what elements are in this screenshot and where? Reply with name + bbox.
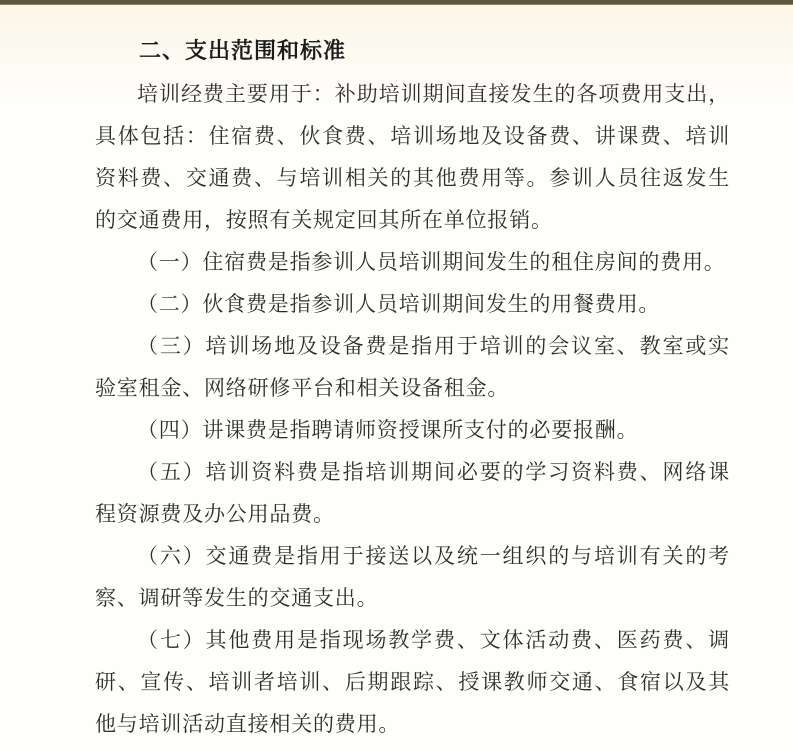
body-line: 研、宣传、培训者培训、后期跟踪、授课教师交通、食宿以及其	[95, 661, 730, 703]
body-line: （四）讲课费是指聘请师资授课所支付的必要报酬。	[95, 409, 730, 451]
body-line: 具体包括：住宿费、伙食费、培训场地及设备费、讲课费、培训	[95, 115, 730, 157]
body-line: （三）培训场地及设备费是指用于培训的会议室、教室或实	[95, 325, 730, 367]
body-line: （一）住宿费是指参训人员培训期间发生的租住房间的费用。	[95, 241, 730, 283]
body-line: 资料费、交通费、与培训相关的其他费用等。参训人员往返发生	[95, 157, 730, 199]
document-content: 二、支出范围和标准 培训经费主要用于：补助培训期间直接发生的各项费用支出， 具体…	[0, 5, 793, 745]
body-line: 的交通费用，按照有关规定回其所在单位报销。	[95, 199, 730, 241]
body-line: 他与培训活动直接相关的费用。	[95, 703, 730, 745]
body-line: （七）其他费用是指现场教学费、文体活动费、医药费、调	[95, 619, 730, 661]
body-line: （六）交通费是指用于接送以及统一组织的与培训有关的考	[95, 535, 730, 577]
section-heading: 二、支出范围和标准	[95, 29, 730, 73]
body-line: 培训经费主要用于：补助培训期间直接发生的各项费用支出，	[95, 73, 730, 115]
body-line: 察、调研等发生的交通支出。	[95, 577, 730, 619]
document-page: 二、支出范围和标准 培训经费主要用于：补助培训期间直接发生的各项费用支出， 具体…	[0, 0, 793, 753]
body-line: 程资源费及办公用品费。	[95, 493, 730, 535]
body-line: （二）伙食费是指参训人员培训期间发生的用餐费用。	[95, 283, 730, 325]
body-line: 验室租金、网络研修平台和相关设备租金。	[95, 367, 730, 409]
body-line: （五）培训资料费是指培训期间必要的学习资料费、网络课	[95, 451, 730, 493]
